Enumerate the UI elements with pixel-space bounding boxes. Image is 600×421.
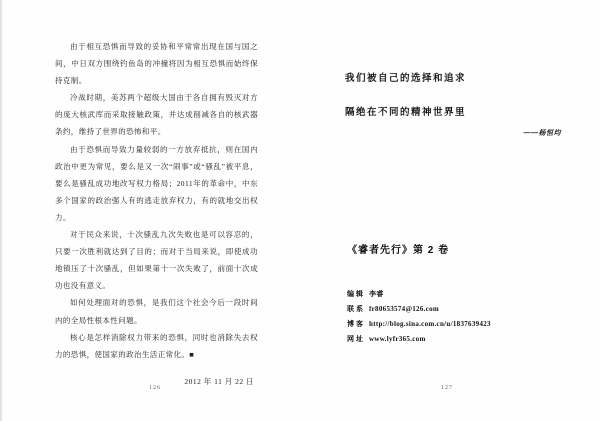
essay-paragraph: 核心是怎样消除权力带来的恐惧，同时也消除失去权力的恐惧，使国家的政治生活正常化。… (55, 329, 258, 363)
contact-blog-url: http://blog.sina.com.cn/u/1837639423 (369, 317, 491, 332)
contact-label: 编辑 (347, 287, 369, 302)
series-title: 《睿者先行》第 2 卷 (347, 241, 449, 256)
essay-paragraph: 由于相互恐惧而导致的妥协和平常常出现在国与国之间，中日双方围绕钓鱼岛的冲撞将因为… (55, 38, 258, 89)
book-spread: 由于相互恐惧而导致的妥协和平常常出现在国与国之间，中日双方围绕钓鱼岛的冲撞将因为… (0, 0, 600, 421)
scan-edge (0, 0, 3, 421)
essay-paragraph: 如何处理面对的恐惧，是我们这个社会今后一段时间内的全局性根本性问题。 (55, 294, 258, 328)
page-number-left: 126 (140, 385, 170, 391)
essay-paragraph: 对于民众来说，十次骚乱九次失败也是可以容忍的，只要一次胜利就达到了目的；而对于当… (55, 226, 258, 294)
contact-label: 联系 (347, 302, 369, 317)
contact-label: 网址 (347, 332, 369, 347)
contact-row-email: 联系 fr80653574@126.com (347, 302, 563, 317)
quote-line-2: 隔绝在不同的精神世界里 (345, 104, 563, 118)
essay-paragraph: 冷战时期，美苏两个超级大国由于各自拥有毁灭对方的庞大核武库而采取接触政策，并达成… (55, 89, 258, 140)
essay-paragraph: 由于恐惧而导致力量较弱的一方放弃抵抗，则在国内政治中更为常见，要么是又一次“闹事… (55, 141, 258, 226)
quote-line-1: 我们被自己的选择和追求 (345, 70, 563, 84)
left-page: 由于相互恐惧而导致的妥协和平常常出现在国与国之间，中日双方围绕钓鱼岛的冲撞将因为… (55, 38, 258, 387)
contact-value: 李睿 (369, 287, 384, 302)
contact-website-url: www.lyfr365.com (369, 332, 426, 347)
contact-label: 博客 (347, 317, 369, 332)
contact-row-website: 网址 www.lyfr365.com (347, 332, 563, 347)
right-page: 我们被自己的选择和追求 隔绝在不同的精神世界里 ——杨恒均 《睿者先行》第 2 … (345, 0, 563, 421)
page-number-right: 127 (432, 385, 462, 391)
colophon-contacts: 编辑 李睿 联系 fr80653574@126.com 博客 http://bl… (347, 287, 563, 347)
contact-email: fr80653574@126.com (369, 302, 439, 317)
contact-row-blog: 博客 http://blog.sina.com.cn/u/1837639423 (347, 317, 563, 332)
contact-row-editor: 编辑 李睿 (347, 287, 563, 302)
quote-attribution: ——杨恒均 (524, 128, 562, 138)
